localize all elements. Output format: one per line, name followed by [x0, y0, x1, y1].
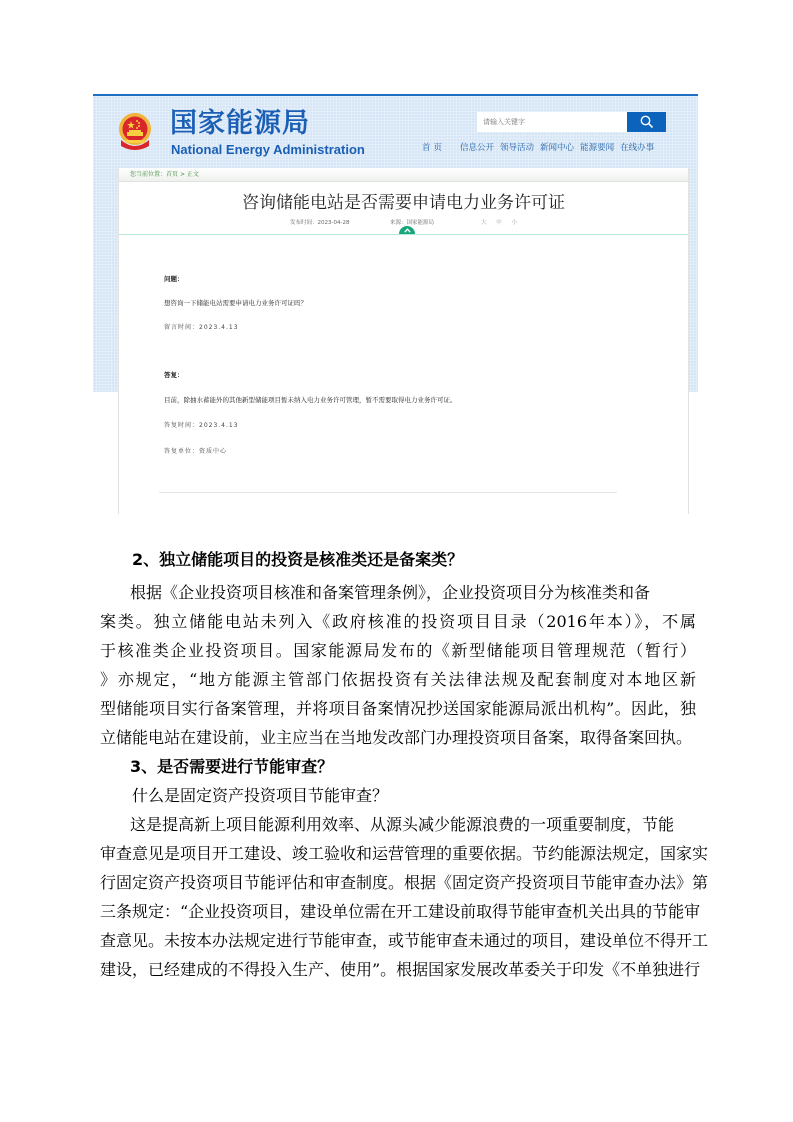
embedded-screenshot: 国家能源局 National Energy Administration 请输入… — [93, 94, 698, 514]
site-title-cn: 国家能源局 — [170, 108, 310, 140]
search-icon — [640, 115, 654, 129]
search-input[interactable]: 请输入关键字 — [477, 112, 627, 132]
publish-date: 发布时间：2023-04-28 — [290, 218, 349, 228]
paragraph-line: 案类。独立储能电站未列入《政府核准的投资项目目录（2016年本）》，不属 — [100, 612, 696, 632]
bottom-divider — [159, 492, 617, 493]
nav-item-leaders[interactable]: 领导活动 — [500, 142, 534, 154]
section-heading-3: 3、是否需要进行节能审查？ — [130, 757, 333, 777]
national-emblem-icon — [117, 112, 153, 152]
question-label: 问题： — [164, 274, 184, 284]
answer-text: 目前，除抽水蓄能外的其他新型储能项目暂未纳入电力业务许可管理，暂不需要取得电力业… — [164, 395, 457, 405]
answer-unit: 答复单位：资质中心 — [164, 447, 227, 457]
article-source: 来源：国家能源局 — [390, 218, 434, 228]
breadcrumb-prefix: 您当前位置： — [130, 171, 166, 178]
paragraph-line: 根据《企业投资项目核准和备案管理条例》，企业投资项目分为核准类和备 — [130, 583, 650, 603]
paragraph-line: 》亦规定，“地方能源主管部门依据投资有关法律法规及配套制度对本地区新 — [100, 670, 696, 690]
question-text: 想咨询一下储能电站需要申请电力业务许可证吗？ — [164, 298, 307, 308]
paragraph-line: 于核准类企业投资项目。国家能源局发布的《新型储能项目管理规范（暂行） — [100, 641, 696, 661]
paragraph-line: 行固定资产投资项目节能评估和审查制度。根据《固定资产投资项目节能审查办法》第 — [100, 873, 696, 893]
nav-item-energy-news[interactable]: 能源要闻 — [580, 142, 614, 154]
font-size-switcher[interactable]: 大 中 小 — [481, 218, 521, 228]
breadcrumb-home[interactable]: 首页 — [166, 171, 178, 178]
site-title-en: National Energy Administration — [171, 142, 365, 158]
question-time: 留言时间：2023.4.13 — [164, 323, 239, 333]
paragraph-line: 型储能项目实行备案管理，并将项目备案情况抄送国家能源局派出机构”。因此，独 — [100, 699, 696, 719]
paragraph-line: 建设，已经建成的不得投入生产、使用”。根据国家发展改革委关于印发《不单独进行 — [100, 960, 696, 980]
breadcrumb-separator: > — [180, 171, 185, 178]
title-divider — [119, 234, 688, 235]
chevron-up-icon — [404, 228, 411, 233]
article-panel: 您当前位置：首页 > 正文 咨询储能电站是否需要申请电力业务许可证 发布时间：2… — [118, 168, 689, 514]
paragraph-line: 审查意见是项目开工建设、竣工验收和运营管理的重要依据。节约能源法规定，国家实 — [100, 844, 696, 864]
paragraph-line: 立储能电站在建设前，业主应当在当地发改部门办理投资项目备案，取得备案回执。 — [100, 728, 692, 748]
answer-time: 答复时间：2023.4.13 — [164, 421, 239, 431]
nav-item-home[interactable]: 首页 — [422, 142, 445, 154]
answer-label: 答复： — [164, 370, 184, 380]
nav-item-online-services[interactable]: 在线办事 — [620, 142, 654, 154]
paragraph-line: 三条规定：“企业投资项目，建设单位需在开工建设前取得节能审查机关出具的节能审 — [100, 902, 696, 922]
search-button[interactable] — [627, 112, 666, 132]
paragraph-line: 这是提高新上项目能源利用效率、从源头减少能源浪费的一项重要制度，节能 — [130, 815, 674, 835]
paragraph-line: 查意见。未按本办法规定进行节能审查，或节能审查未通过的项目，建设单位不得开工 — [100, 931, 696, 951]
section-heading-2: 2、独立储能项目的投资是核准类还是备案类？ — [132, 550, 463, 570]
breadcrumb-current: 正文 — [187, 171, 199, 178]
paragraph-line: 什么是固定资产投资项目节能审查？ — [132, 786, 388, 806]
main-nav: 首页 信息公开 领导活动 新闻中心 能源要闻 在线办事 — [422, 142, 660, 154]
nav-item-info[interactable]: 信息公开 — [460, 142, 494, 154]
breadcrumb: 您当前位置：首页 > 正文 — [119, 168, 688, 182]
nav-item-news[interactable]: 新闻中心 — [540, 142, 574, 154]
article-title: 咨询储能电站是否需要申请电力业务许可证 — [119, 192, 688, 214]
